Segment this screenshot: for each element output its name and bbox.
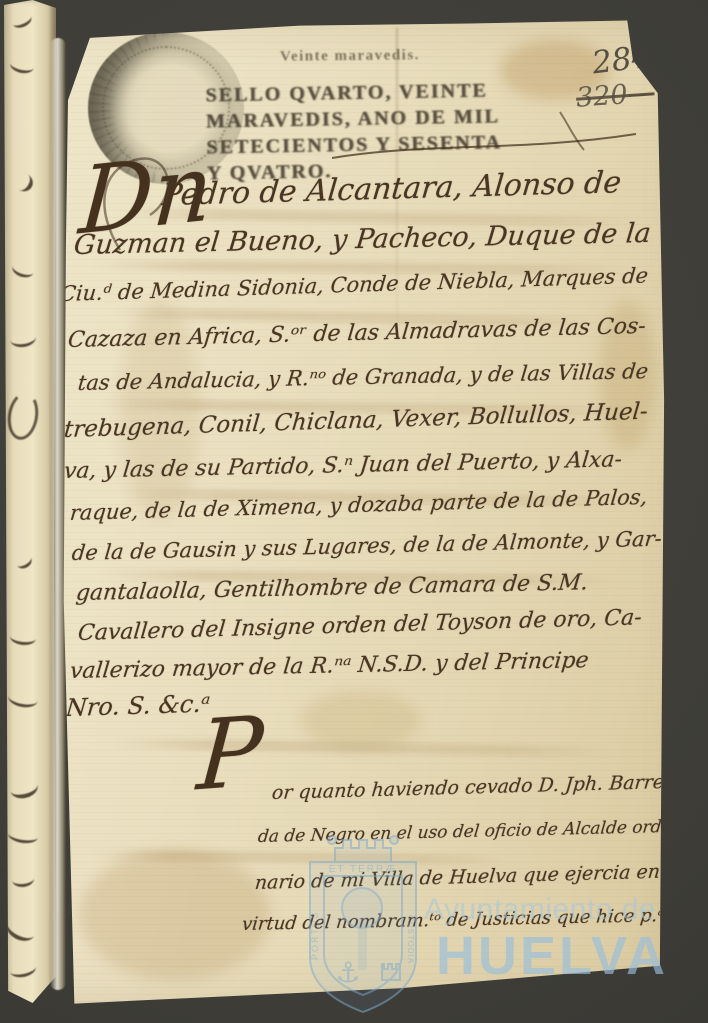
manuscript-scan: 4 Veinte maravedis. SELLO QVARTO, VEINTE… (0, 0, 708, 1023)
page-fore-edge-highlight (50, 38, 66, 990)
manuscript-page: 4 Veinte maravedis. SELLO QVARTO, VEINTE… (0, 0, 708, 1023)
page-stack-edge (4, 0, 56, 1007)
page-vignette (0, 0, 708, 1023)
